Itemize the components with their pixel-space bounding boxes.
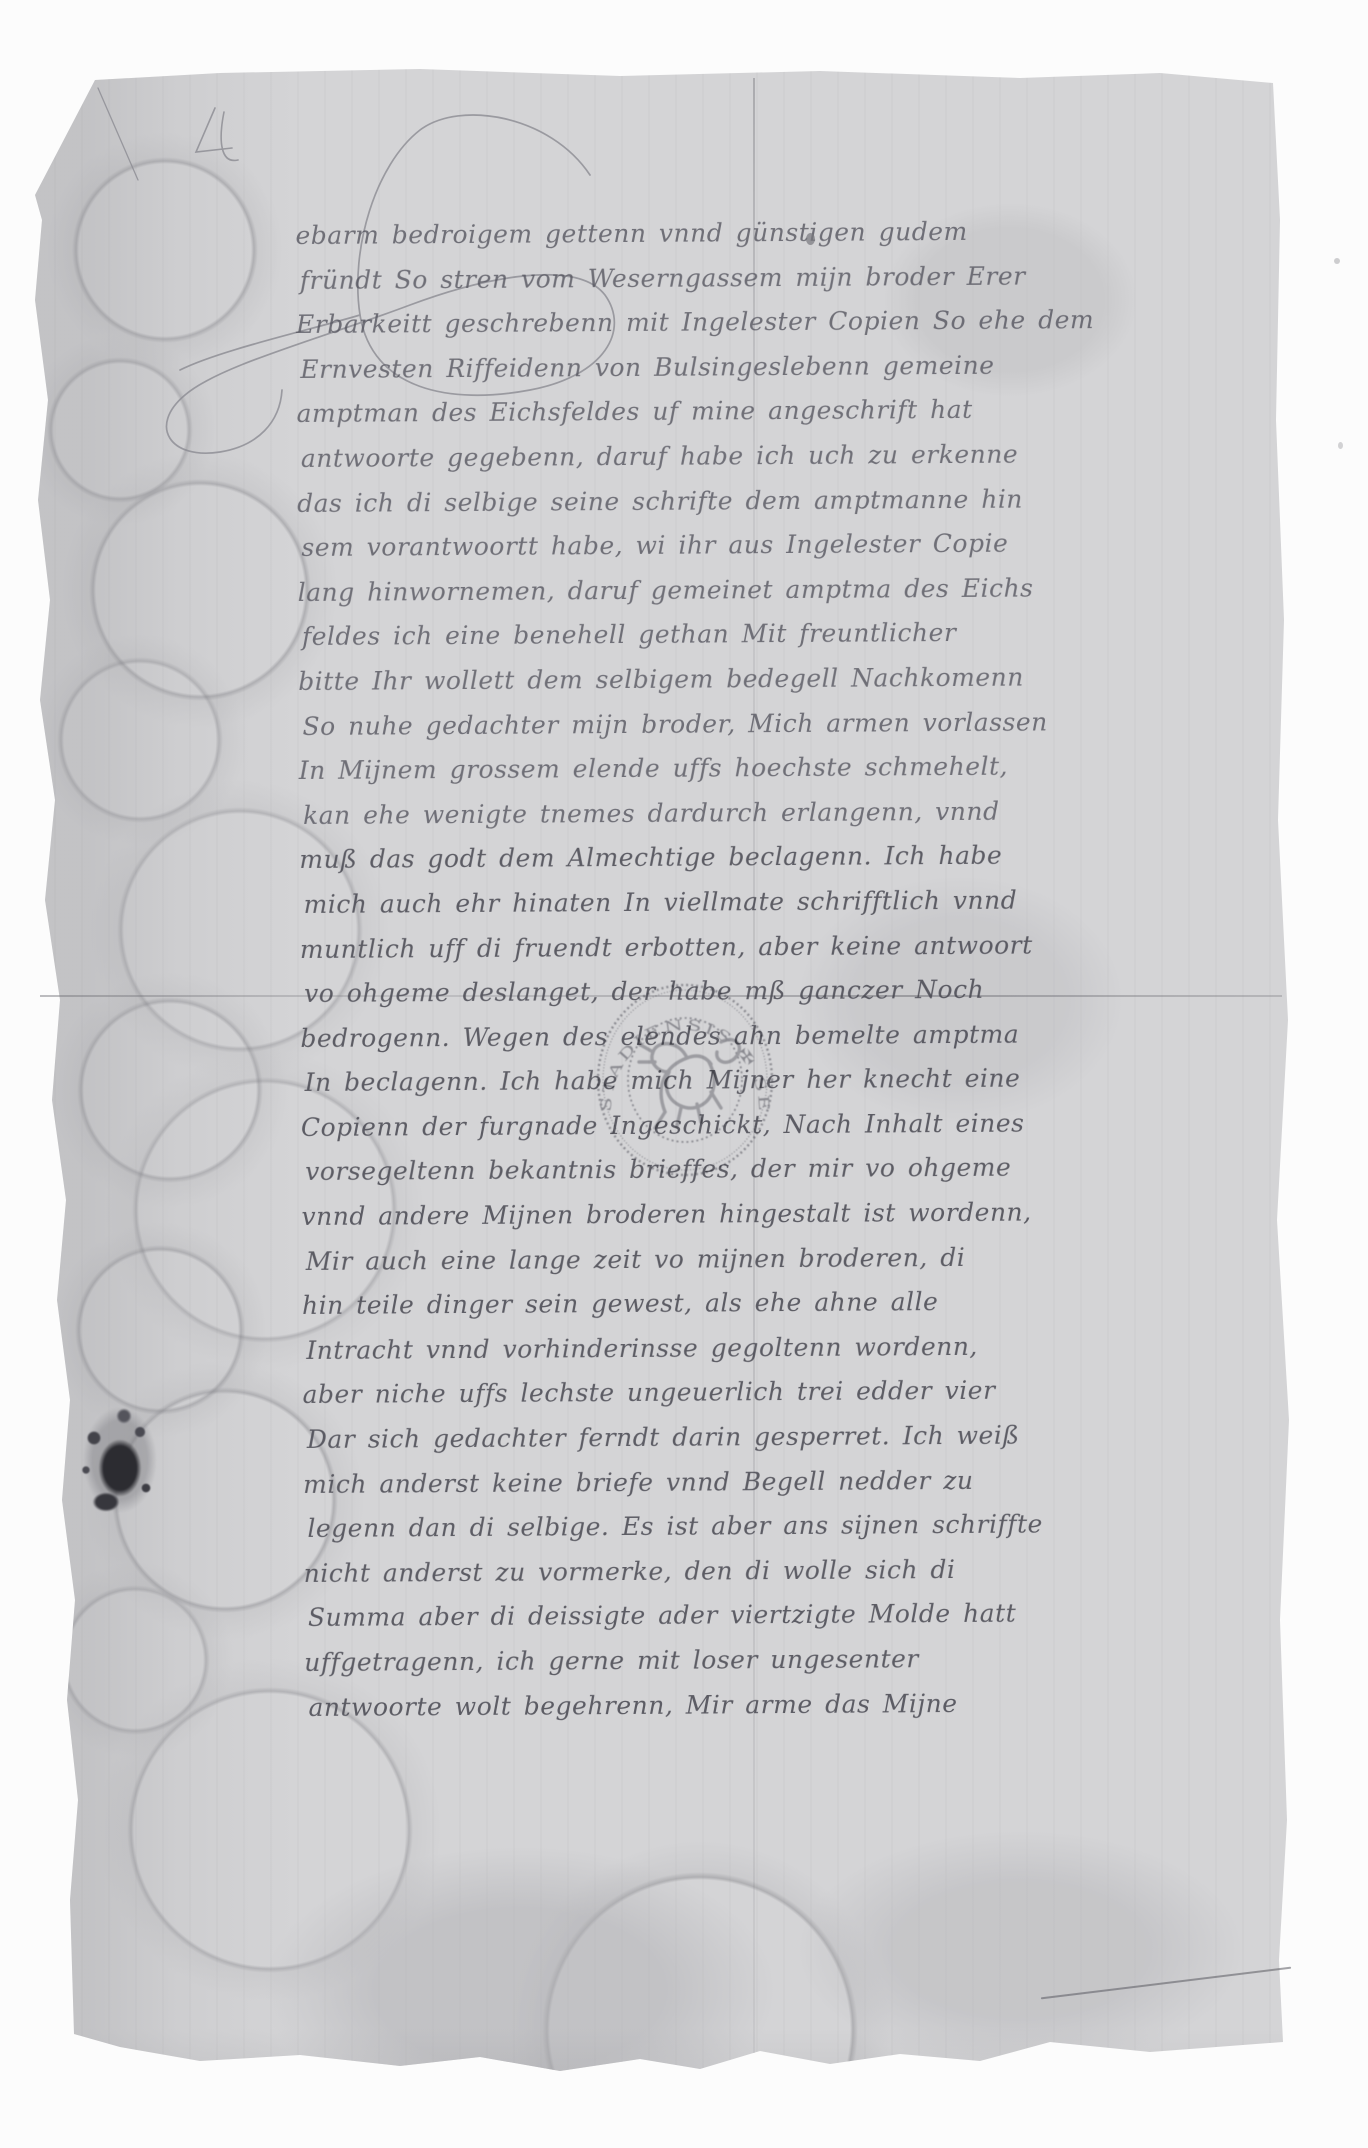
corner-pen-stroke [98,88,138,180]
manuscript-line: antwoorte wolt begehrenn, Mir arme das M… [308,1682,952,1731]
manuscript-line: nicht anderst zu vormerke, den di wolle … [304,1548,952,1597]
manuscript-line: amptman des Eichsfeldes uf mine angeschr… [296,388,944,437]
manuscript-line: fründt So stren vom Weserngassem mijn br… [300,255,944,304]
paper-speck [1338,442,1343,449]
manuscript-line: ebarm bedroigem gettenn vnnd günstigen g… [295,210,943,259]
seal-legend: STADIENSIS ✠ SECRETUM [593,980,771,1114]
wax-seal-stamp: STADIENSIS ✠ SECRETUM [593,980,779,1180]
manuscript-line: hin teile dinger sein gewest, als ehe ah… [302,1280,950,1329]
ink-blot [72,1390,168,1530]
manuscript-line: uffgetragenn, ich gerne mit loser ungese… [304,1637,952,1686]
manuscript-line: mich auch ehr hinaten In viellmate schri… [303,879,947,928]
manuscript-line: das ich di selbige seine schrifte dem am… [297,478,945,527]
manuscript-line: mich anderst keine briefe vnnd Begell ne… [303,1459,951,1508]
manuscript-line: In Mijnem grossem elende uffs hoechste s… [299,745,947,794]
manuscript-line: Summa aber di deissigte ader viertzigte … [308,1592,952,1641]
manuscript-line: Ernvesten Riffeidenn von Bulsingeslebenn… [300,344,944,393]
manuscript-line: antwoorte gegebenn, daruf habe ich uch z… [301,433,945,482]
lion-rampant-emblem [639,1040,739,1128]
manuscript-scan: ebarm bedroigem gettenn vnnd günstigen g… [0,0,1368,2148]
manuscript-line: So nuhe gedachter mijn broder, Mich arme… [302,701,946,750]
paper-speck [1334,258,1340,264]
manuscript-line: Dar sich gedachter ferndt darin gesperre… [307,1414,951,1463]
manuscript-line: sem vorantwoortt habe, wi ihr aus Ingele… [301,522,945,571]
manuscript-line: Erbarkeitt geschrebenn mit Ingelester Co… [296,299,944,348]
manuscript-line: vnnd andere Mijnen broderen hingestalt i… [301,1191,949,1240]
manuscript-line: muntlich uff di fruendt erbotten, aber k… [300,924,948,973]
letter-text-block: ebarm bedroigem gettenn vnnd günstigen g… [295,210,952,1730]
manuscript-line: kan ehe wenigte tnemes dardurch erlangen… [303,790,947,839]
manuscript-line: aber niche uffs lechste ungeuerlich trei… [302,1369,950,1418]
paper-speck [806,233,815,245]
manuscript-line: muß das godt dem Almechtige beclagenn. I… [299,834,947,883]
manuscript-line: feldes ich eine benehell gethan Mit freu… [302,611,946,660]
manuscript-line: lang hinwornemen, daruf gemeinet amptma … [298,567,946,616]
manuscript-line: Intracht vnnd vorhinderinsse gegoltenn w… [306,1325,950,1374]
manuscript-line: Mir auch eine lange zeit vo mijnen brode… [306,1236,950,1285]
seal-outer-ring [598,985,772,1175]
corner-mark-squiggle [196,108,238,160]
manuscript-line: bitte Ihr wollett dem selbigem bedegell … [298,656,946,705]
manuscript-line: legenn dan di selbige. Es ist aber ans s… [307,1503,951,1552]
